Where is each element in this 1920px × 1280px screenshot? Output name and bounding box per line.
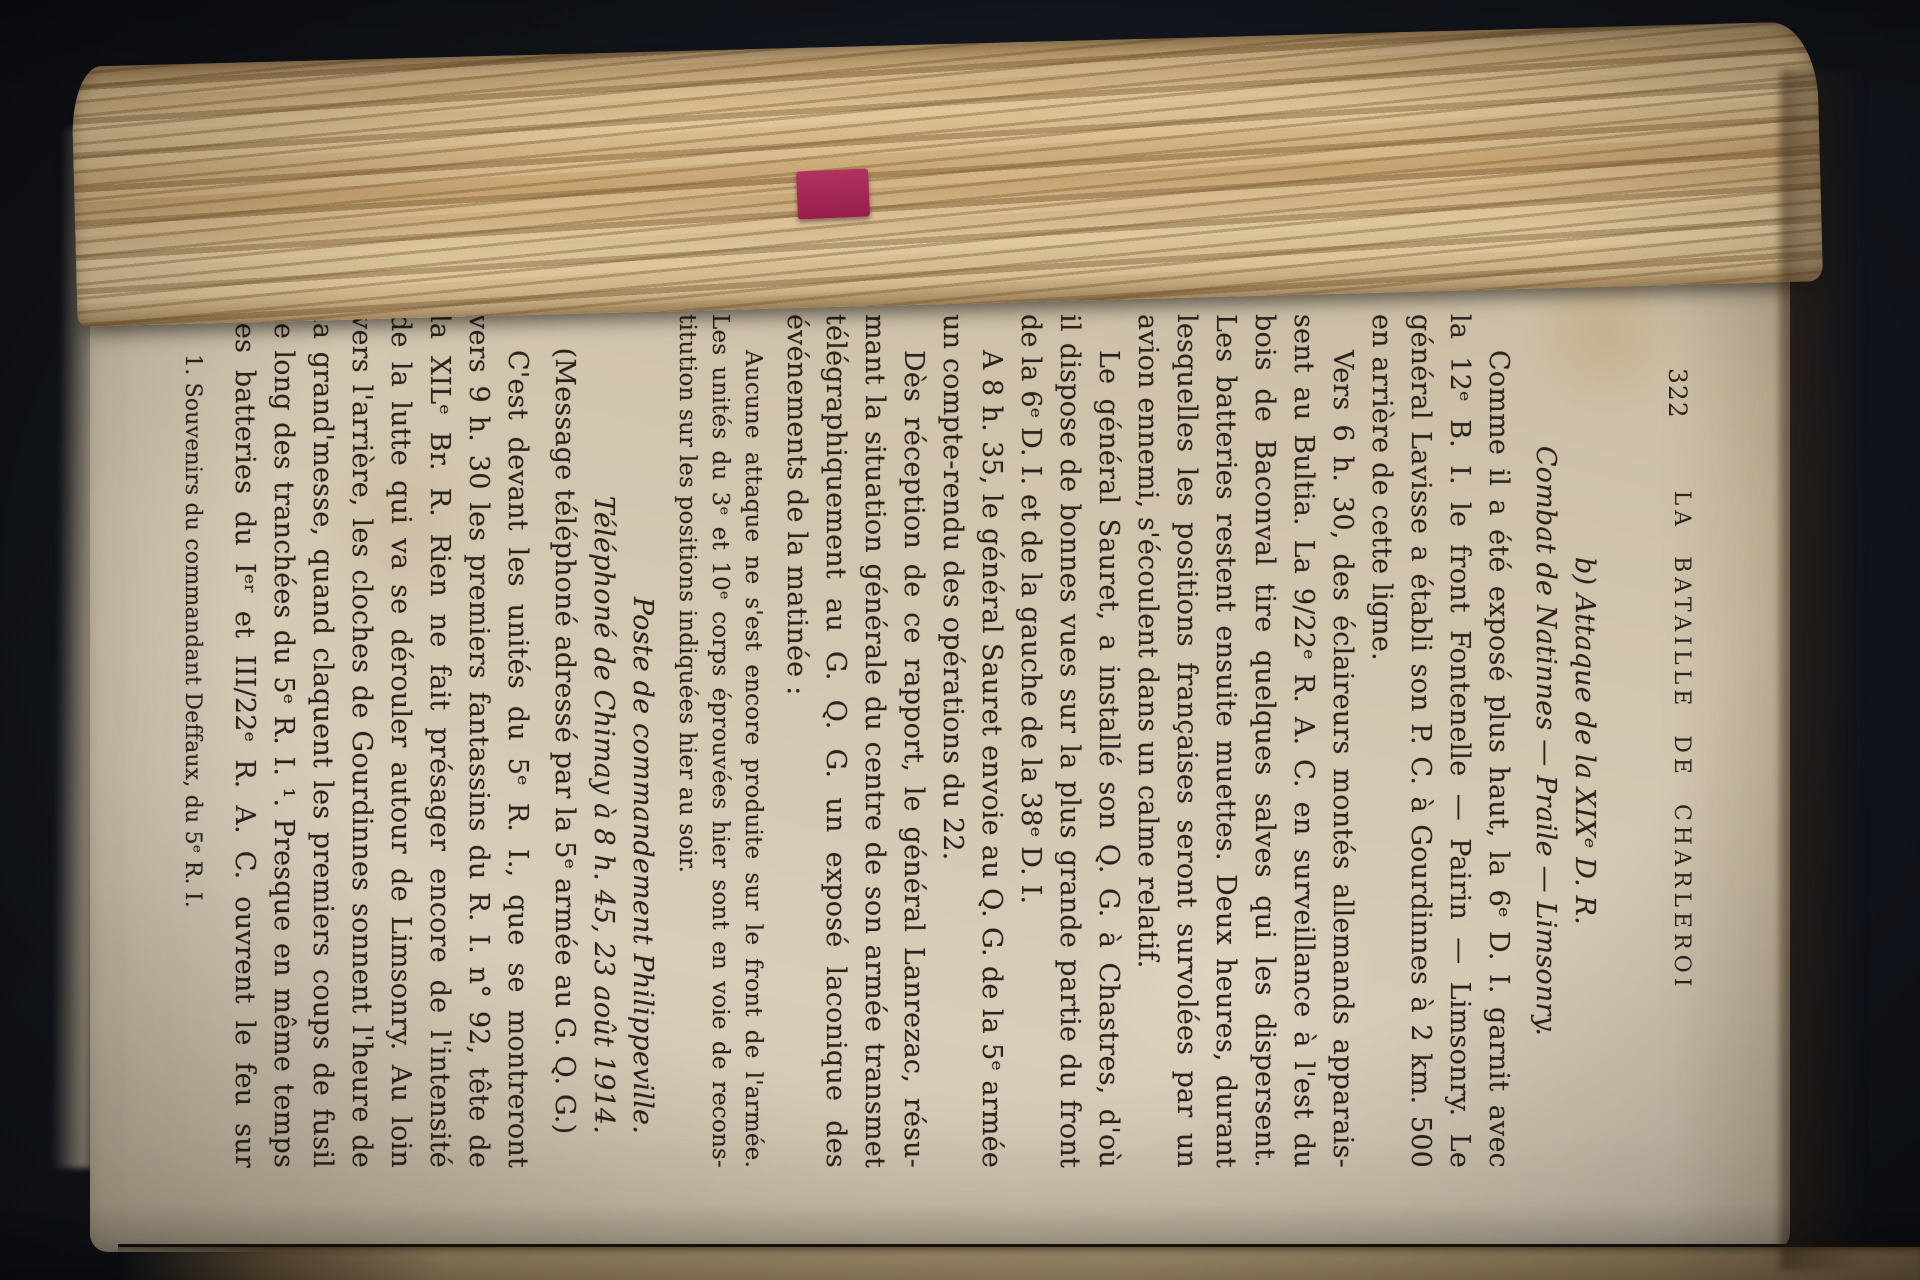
text-line: vers l'arrière, les cloches de Gourdinne… bbox=[342, 314, 381, 1168]
spine-shadow bbox=[1780, 70, 1880, 1270]
book-photo-scene: 322 LA BATAILLE DE CHARLEROI b) Attaque … bbox=[0, 0, 1920, 1280]
text-line: Combat de Natinnes — Praile — Limsonry. bbox=[1526, 314, 1565, 1168]
page-text: b) Attaque de la XIXᵉ D. R.Combat de Nat… bbox=[177, 314, 1604, 1168]
text-line: b) Attaque de la XIXᵉ D. R. bbox=[1565, 314, 1604, 1168]
text-line: mant la situation générale du centre de … bbox=[855, 314, 894, 1168]
text-line: Les unités du 3ᵉ et 10ᵉ corps éprouvées … bbox=[703, 314, 736, 1168]
text-line: les batteries du Iᵉʳ et III/22ᵉ R. A. C.… bbox=[225, 314, 264, 1168]
text-line: événements de la matinée : bbox=[777, 314, 816, 1168]
text-line: un compte-rendu des opérations du 22. bbox=[933, 314, 972, 1168]
text-line: Dès réception de ce rapport, le général … bbox=[894, 314, 933, 1168]
text-line: de la lutte qui va se dérouler autour de… bbox=[381, 314, 420, 1168]
text-line: Les batteries restent ensuite muettes. D… bbox=[1206, 314, 1245, 1168]
text-line: de la 6ᵉ D. I. et de la gauche de la 38ᵉ… bbox=[1011, 314, 1050, 1168]
text-line: A 8 h. 35, le général Sauret envoie au Q… bbox=[972, 314, 1011, 1168]
text-line: lesquelles les positions françaises sero… bbox=[1167, 314, 1206, 1168]
text-line: (Message téléphoné adressé par la 5ᵉ arm… bbox=[545, 314, 584, 1168]
text-line: général Lavisse a établi son P. C. à Gou… bbox=[1401, 314, 1440, 1168]
text-line: il dispose de bonnes vues sur la plus gr… bbox=[1050, 314, 1089, 1168]
running-head: LA BATAILLE DE CHARLEROI bbox=[1669, 314, 1694, 1168]
text-line: Poste de commandement Philippeville. bbox=[623, 314, 662, 1168]
text-line: bois de Baconval tire quelques salves qu… bbox=[1245, 314, 1284, 1168]
text-line: en arrière de cette ligne. bbox=[1362, 314, 1401, 1168]
text-line: la grand'messe, quand claquent les premi… bbox=[303, 314, 342, 1168]
text-line: Vers 6 h. 30, des éclaireurs montés alle… bbox=[1323, 314, 1362, 1168]
text-line: le long des tranchées du 5ᵉ R. I. ¹. Pre… bbox=[264, 314, 303, 1168]
book-bottom-edge bbox=[118, 1244, 1920, 1280]
text-line: Téléphoné de Chimay à 8 h. 45, 23 août 1… bbox=[584, 314, 623, 1168]
bookmark-ribbon bbox=[796, 168, 870, 219]
text-line: Comme il a été exposé plus haut, la 6ᵉ D… bbox=[1479, 314, 1518, 1168]
text-line: sent au Bultia. La 9/22ᵉ R. A. C. en sur… bbox=[1284, 314, 1323, 1168]
page-header: 322 LA BATAILLE DE CHARLEROI bbox=[1654, 314, 1694, 1168]
text-line: titution sur les positions indiquées hie… bbox=[670, 314, 703, 1168]
text-line: vers 9 h. 30 les premiers fantassins du … bbox=[459, 314, 498, 1168]
text-line: 1. Souvenirs du commandant Deffaux, du 5… bbox=[177, 314, 207, 1168]
text-line: la 12ᵉ B. I. le front Fontenelle — Pairi… bbox=[1440, 314, 1479, 1168]
text-line: Aucune attaque ne s'est encore produite … bbox=[736, 314, 769, 1168]
page-number: 322 bbox=[1663, 368, 1692, 419]
text-line: avion ennemi, s'écoulent dans un calme r… bbox=[1128, 314, 1167, 1168]
book-fore-edge bbox=[71, 21, 1823, 327]
text-line: Le général Sauret, a installé son Q. G. … bbox=[1089, 314, 1128, 1168]
text-line: télégraphiquement au G. Q. G. un exposé … bbox=[816, 314, 855, 1168]
text-line: la XILᵉ Br. R. Rien ne fait présager enc… bbox=[420, 314, 459, 1168]
text-line: C'est devant les unités du 5ᵉ R. I., que… bbox=[498, 314, 537, 1168]
